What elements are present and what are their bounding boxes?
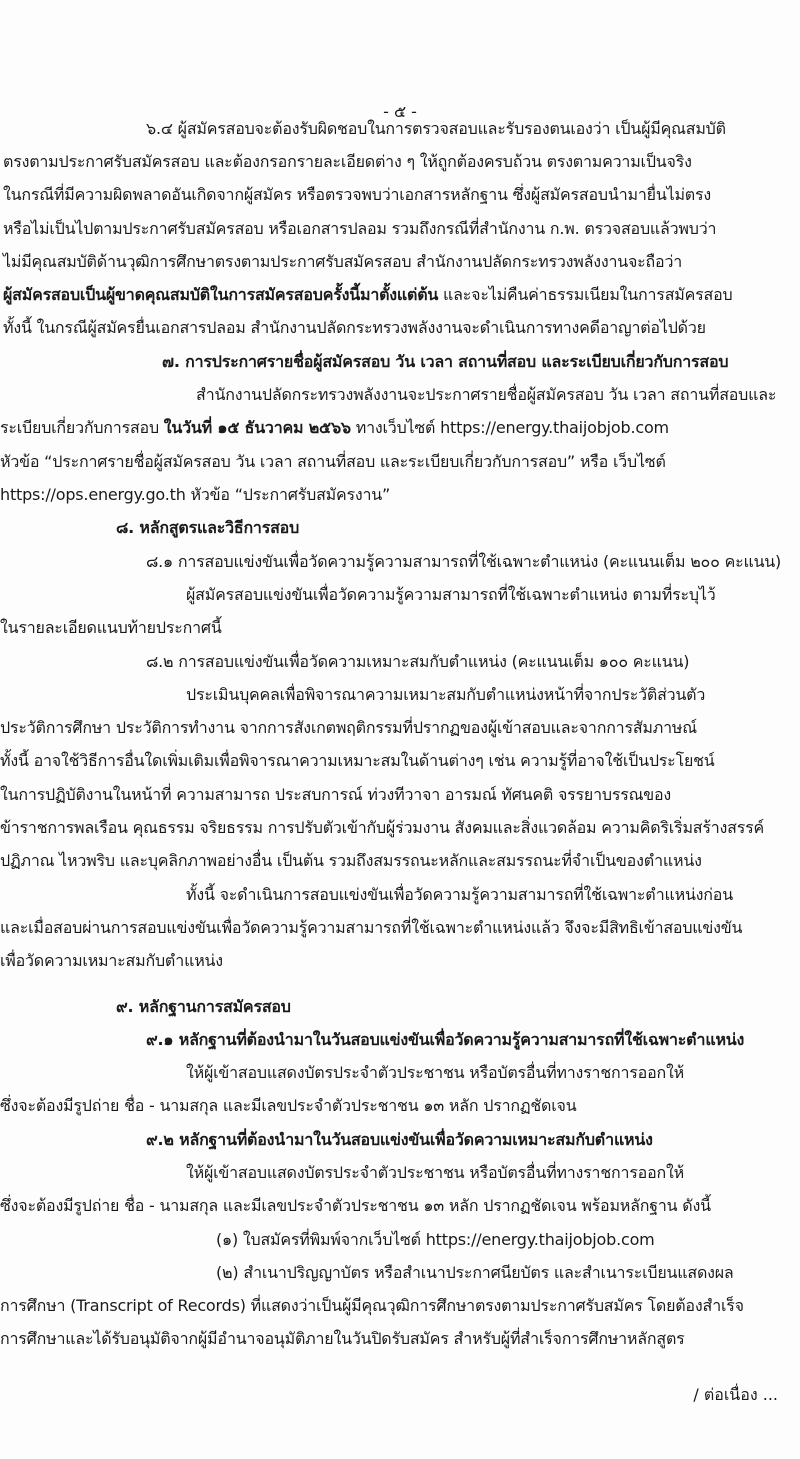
section-6-4-line-2: ตรงตามประกาศรับสมัครสอบ และต้องกรอกรายละ… <box>3 151 692 173</box>
section-6-4-line-5: ไม่มีคุณสมบัติด้านวุฒิการศึกษาตรงตามประก… <box>3 251 682 273</box>
section-8-2-line-2: ประวัติการศึกษา ประวัติการทำงาน จากการสั… <box>0 717 697 739</box>
section-8-2-line-1: ประเมินบุคคลเพื่อพิจารณาความเหมาะสมกับตำ… <box>186 684 705 706</box>
section-8-1-line-1: ผู้สมัครสอบแข่งขันเพื่อวัดความรู้ความสาม… <box>186 584 715 606</box>
section-7-line-3: หัวข้อ “ประกาศรายชื่อผู้สมัครสอบ วัน เวล… <box>0 451 666 473</box>
section-7-line-1: สำนักงานปลัดกระทรวงพลังงานจะประกาศรายชื่… <box>196 384 776 406</box>
section-8-1-line-2: ในรายละเอียดแนบท้ายประกาศนี้ <box>0 617 222 639</box>
section-8-2-line-5: ข้าราชการพลเรือน คุณธรรม จริยธรรม การปรั… <box>0 817 764 839</box>
website-link-energy: ทางเว็บไซต์ https://energy.thaijobjob.co… <box>351 418 669 437</box>
continuation-marker: / ต่อเนื่อง ... <box>693 1383 778 1408</box>
section-7-line-4: https://ops.energy.go.th หัวข้อ “ประกาศร… <box>0 484 390 506</box>
section-7-line-2: ระเบียบเกี่ยวกับการสอบ ในวันที่ ๑๕ ธันวา… <box>0 417 669 439</box>
section-8-2-line-3: ทั้งนี้ อาจใช้วิธีการอื่นใดเพิ่มเติมเพื่… <box>0 750 715 772</box>
section-6-4-line-6: ผู้สมัครสอบเป็นผู้ขาดคุณสมบัติในการสมัคร… <box>3 284 732 306</box>
section-6-4-line-7: ทั้งนี้ ในกรณีผู้สมัครยื่นเอกสารปลอม สำน… <box>3 317 706 339</box>
section-8-2-line-7: ทั้งนี้ จะดำเนินการสอบแข่งขันเพื่อวัดควา… <box>186 884 733 906</box>
section-8-1-heading: ๘.๑ การสอบแข่งขันเพื่อวัดความรู้ความสามา… <box>146 551 781 573</box>
section-8-2-heading: ๘.๒ การสอบแข่งขันเพื่อวัดความเหมาะสมกับต… <box>146 651 689 673</box>
announcement-date: ในวันที่ ๑๕ ธันวาคม ๒๕๖๖ <box>164 418 351 437</box>
fee-notice: และจะไม่คืนค่าธรรมเนียมในการสมัครสอบ <box>438 285 732 304</box>
section-9-heading: ๙. หลักฐานการสมัครสอบ <box>116 996 291 1018</box>
disqualification-notice: ผู้สมัครสอบเป็นผู้ขาดคุณสมบัติในการสมัคร… <box>3 285 438 304</box>
section-9-2-line-2: ซึ่งจะต้องมีรูปถ่าย ชื่อ - นามสกุล และมี… <box>0 1195 711 1217</box>
section-6-4-line-1: ๖.๔ ผู้สมัครสอบจะต้องรับผิดชอบในการตรวจส… <box>146 118 726 140</box>
section-8-heading: ๘. หลักสูตรและวิธีการสอบ <box>116 517 299 539</box>
section-9-2-item-2-line-2: การศึกษา (Transcript of Records) ที่แสดง… <box>0 1295 744 1317</box>
section-7-line-2-pre: ระเบียบเกี่ยวกับการสอบ <box>0 418 164 437</box>
section-9-2-heading: ๙.๒ หลักฐานที่ต้องนำมาในวันสอบแข่งขันเพื… <box>146 1129 653 1151</box>
section-6-4-line-4: หรือไม่เป็นไปตามประกาศรับสมัครสอบ หรือเอ… <box>3 218 716 240</box>
document-page: - ๕ - ๖.๔ ผู้สมัครสอบจะต้องรับผิดชอบในกา… <box>0 0 800 1459</box>
section-8-2-line-9: เพื่อวัดความเหมาะสมกับตำแหน่ง <box>0 950 223 972</box>
section-9-1-heading: ๙.๑ หลักฐานที่ต้องนำมาในวันสอบแข่งขันเพื… <box>146 1029 744 1051</box>
section-9-1-line-1: ให้ผู้เข้าสอบแสดงบัตรประจำตัวประชาชน หรื… <box>186 1062 684 1084</box>
section-8-2-line-6: ปฏิภาณ ไหวพริบ และบุคลิกภาพอย่างอื่น เป็… <box>0 850 702 872</box>
section-9-2-item-1: (๑) ใบสมัครที่พิมพ์จากเว็บไซต์ https://e… <box>216 1229 655 1251</box>
section-8-2-line-8: และเมื่อสอบผ่านการสอบแข่งขันเพื่อวัดความ… <box>0 917 742 939</box>
section-9-2-item-2: (๒) สำเนาปริญญาบัตร หรือสำเนาประกาศนียบั… <box>216 1262 734 1284</box>
section-9-1-line-2: ซึ่งจะต้องมีรูปถ่าย ชื่อ - นามสกุล และมี… <box>0 1095 576 1117</box>
section-8-2-line-4: ในการปฏิบัติงานในหน้าที่ ความสามารถ ประส… <box>0 784 671 806</box>
section-9-2-line-1: ให้ผู้เข้าสอบแสดงบัตรประจำตัวประชาชน หรื… <box>186 1162 684 1184</box>
section-6-4-line-3: ในกรณีที่มีความผิดพลาดอันเกิดจากผู้สมัคร… <box>3 184 711 206</box>
section-7-heading: ๗. การประกาศรายชื่อผู้สมัครสอบ วัน เวลา … <box>162 351 728 373</box>
section-9-2-item-2-line-3: การศึกษาและได้รับอนุมัติจากผู้มีอำนาจอนุ… <box>0 1328 685 1350</box>
